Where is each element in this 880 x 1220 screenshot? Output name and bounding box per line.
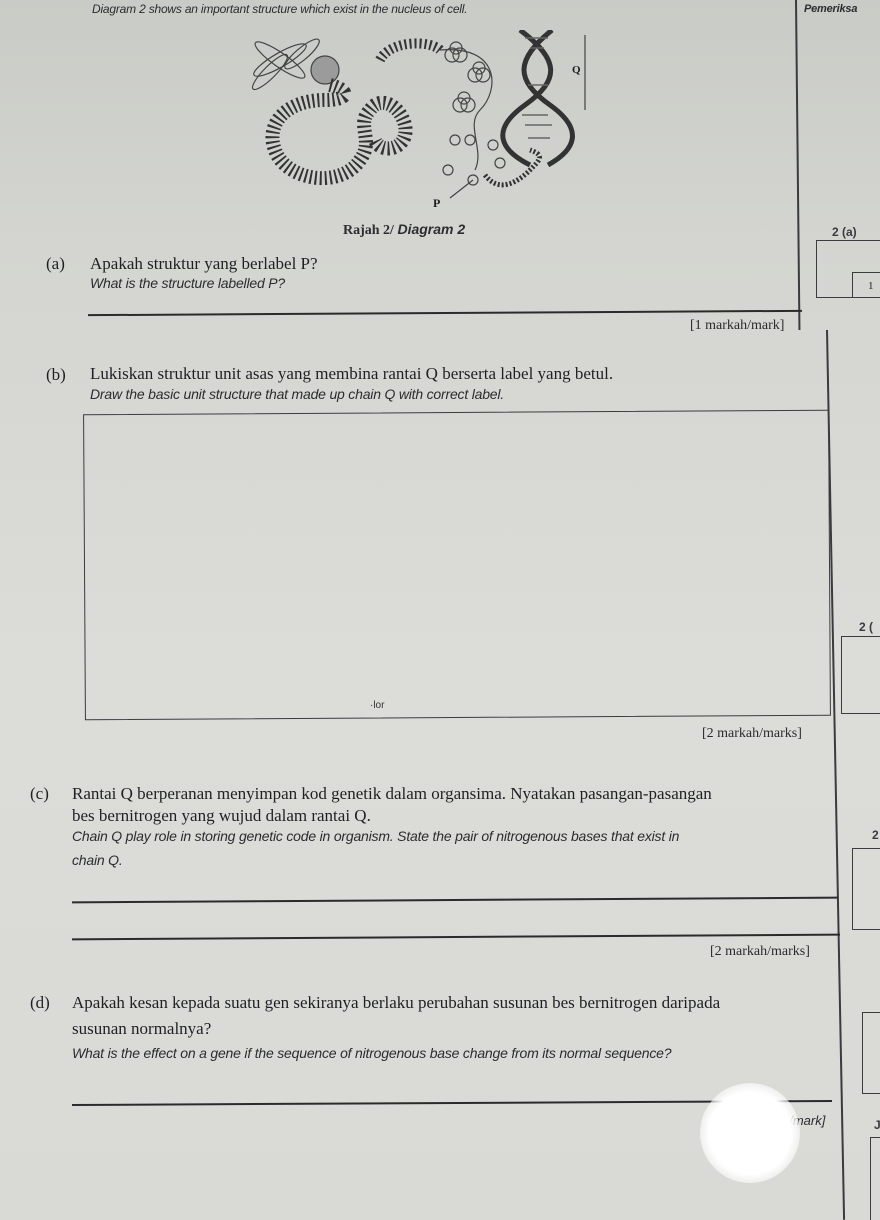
label-p: P xyxy=(433,196,440,211)
question-a-text-ms: Apakah struktur yang berlabel P? xyxy=(90,254,318,274)
question-b-text-ms: Lukiskan struktur unit asas yang membina… xyxy=(90,364,613,384)
label-q: Q xyxy=(572,64,581,76)
diagram-caption: Rajah 2/ Diagram 2 xyxy=(343,221,465,239)
question-d-label: (d) xyxy=(30,993,50,1013)
marks-a: [1 markah/mark] xyxy=(690,318,784,334)
question-d-text-en: What is the effect on a gene if the sequ… xyxy=(72,1045,671,1061)
question-b-text-en: Draw the basic unit structure that made … xyxy=(90,386,504,402)
intro-text: Diagram 2 shows an important structure w… xyxy=(92,2,467,16)
diagram-2: P Q xyxy=(230,30,610,210)
chromosome-dna-diagram xyxy=(230,30,610,210)
question-d-text-ms-1: Apakah kesan kepada suatu gen sekiranya … xyxy=(72,993,720,1013)
margin-label-2a: 2 (a) xyxy=(832,225,857,239)
caption-en: Diagram 2 xyxy=(397,221,465,237)
margin-box-2d xyxy=(870,1137,880,1220)
answer-line-c-2[interactable] xyxy=(72,934,840,940)
question-b-label: (b) xyxy=(46,365,66,385)
question-a-text-en: What is the structure labelled P? xyxy=(90,275,285,291)
caption-ms: Rajah 2/ xyxy=(343,223,394,238)
marks-c: [2 markah/marks] xyxy=(710,944,810,960)
margin-label-2c: 2 xyxy=(872,828,879,842)
examiner-label: Pemeriksa xyxy=(804,3,857,15)
stamp-fragment: ·lor xyxy=(370,700,384,711)
question-c-label: (c) xyxy=(30,784,49,804)
marks-b: [2 markah/marks] xyxy=(702,726,802,742)
margin-label-2b: 2 ( xyxy=(859,620,873,634)
margin-box-2c xyxy=(852,848,880,930)
score-2a: 1 xyxy=(868,280,874,292)
score-box-2a xyxy=(852,272,880,297)
drawing-box-b[interactable] xyxy=(83,410,831,721)
examiner-column-divider xyxy=(795,0,800,330)
margin-label-2d: J xyxy=(874,1118,880,1132)
question-a-label: (a) xyxy=(46,254,65,274)
question-c-text-en-2: chain Q. xyxy=(72,852,123,868)
margin-box-2d-prev xyxy=(862,1012,880,1094)
camera-flash-glare xyxy=(700,1083,800,1183)
question-c-text-ms-1: Rantai Q berperanan menyimpan kod geneti… xyxy=(72,784,712,804)
question-d-text-ms-2: susunan normalnya? xyxy=(72,1019,211,1039)
margin-box-2b xyxy=(841,636,880,714)
question-c-text-en-1: Chain Q play role in storing genetic cod… xyxy=(72,828,679,844)
answer-line-c-1[interactable] xyxy=(72,897,838,903)
question-c-text-ms-2: bes bernitrogen yang wujud dalam rantai … xyxy=(72,806,371,826)
answer-line-a[interactable] xyxy=(88,310,802,316)
